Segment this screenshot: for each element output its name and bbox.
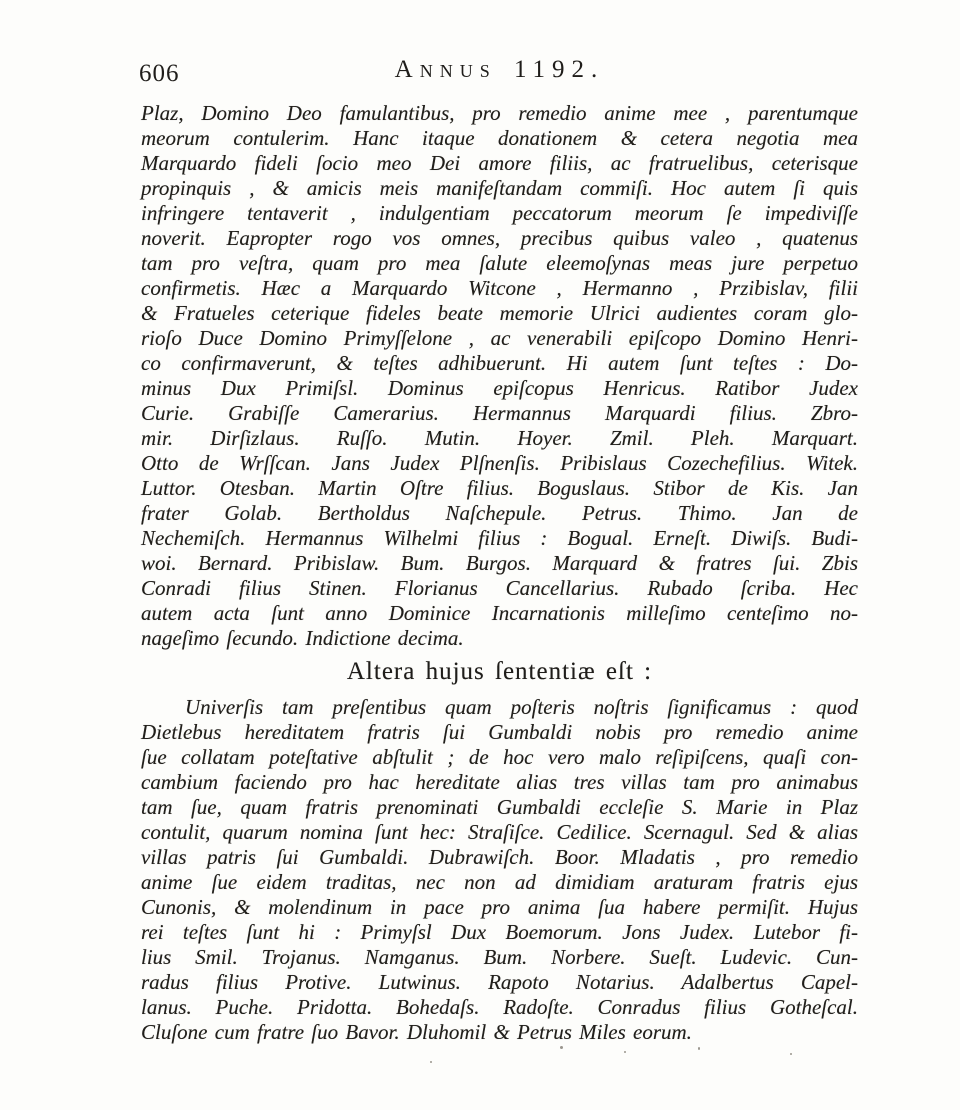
text-line: Plaz, Domino Deo famulantibus, pro remed… [141,101,858,126]
text-line: radus filius Protive. Lutwinus. Rapoto N… [141,970,858,995]
section-heading: Altera hujus ſententiæ eſt : [141,657,858,686]
text-line: lius Smil. Trojanus. Namganus. Bum. Norb… [141,945,858,970]
text-line: rei teſtes ſunt hi : Primyſsl Dux Boemor… [141,920,858,945]
text-line: confirmetis. Hæc a Marquardo Witcone , H… [141,276,858,301]
scan-speckle [698,1047,700,1050]
running-head: Annus 1192. [141,56,858,84]
text-line: co confirmaverunt, & teſtes adhibuerunt.… [141,351,858,376]
text-block: 606 Annus 1192. Plaz, Domino Deo famulan… [141,54,858,1045]
text-line: lanus. Puche. Pridotta. Bohedaſs. Radoſt… [141,995,858,1020]
text-line: Cunonis, & molendinum in pace pro anima … [141,895,858,920]
scan-speckle [790,1053,792,1055]
text-line: Marquardo fideli ſocio meo Dei amore fil… [141,151,858,176]
text-line: Luttor. Otesban. Martin Oſtre filius. Bo… [141,476,858,501]
page-header: 606 Annus 1192. [141,54,858,88]
text-line: Cluſone cum fratre ſuo Bavor. Dluhomil &… [141,1020,858,1045]
text-line: mir. Dirſizlaus. Ruſſo. Mutin. Hoyer. Zm… [141,426,858,451]
text-line: Nechemiſch. Hermannus Wilhelmi filius : … [141,526,858,551]
text-line: ſue collatam poteſtative abſtulit ; de h… [141,745,858,770]
text-line: cambium faciendo pro hac hereditate alia… [141,770,858,795]
text-line: villas patris ſui Gumbaldi. Dubrawiſch. … [141,845,858,870]
text-line: rioſo Duce Domino Primyſſelone , ac vene… [141,326,858,351]
text-line: noverit. Eapropter rogo vos omnes, preci… [141,226,858,251]
text-line: tam pro veſtra, quam pro mea ſalute elee… [141,251,858,276]
text-line: minus Dux Primiſsl. Dominus epiſcopus He… [141,376,858,401]
scan-speckle [430,1061,432,1063]
scanned-book-page: 606 Annus 1192. Plaz, Domino Deo famulan… [0,0,960,1110]
text-line: & Fratueles ceterique fideles beate memo… [141,301,858,326]
text-line: meorum contulerim. Hanc itaque donatione… [141,126,858,151]
paragraph-2: Univerſis tam preſentibus quam poſteris … [141,695,858,1045]
text-line: woi. Bernard. Pribislaw. Bum. Burgos. Ma… [141,551,858,576]
text-line: Conradi filius Stinen. Florianus Cancell… [141,576,858,601]
paragraph-1: Plaz, Domino Deo famulantibus, pro remed… [141,101,858,651]
text-line: frater Golab. Bertholdus Naſchepule. Pet… [141,501,858,526]
scan-speckle [560,1046,563,1049]
text-line: nageſimo ſecundo. Indictione decima. [141,626,858,651]
text-line: anime ſue eidem traditas, nec non ad dim… [141,870,858,895]
text-line: Curie. Grabiſſe Camerarius. Hermannus Ma… [141,401,858,426]
text-line: contulit, quarum nomina ſunt hec: Straſi… [141,820,858,845]
text-line: autem acta ſunt anno Dominice Incarnatio… [141,601,858,626]
text-line: Otto de Wrſſcan. Jans Judex Plſnenſis. P… [141,451,858,476]
text-line: propinquis , & amicis meis manifeſtandam… [141,176,858,201]
scan-speckle [624,1051,626,1053]
text-line: tam ſue, quam fratris prenominati Gumbal… [141,795,858,820]
text-line: Dietlebus hereditatem fratris ſui Gumbal… [141,720,858,745]
text-line: infringere tentaverit , indulgentiam pec… [141,201,858,226]
text-line: Univerſis tam preſentibus quam poſteris … [141,695,858,720]
